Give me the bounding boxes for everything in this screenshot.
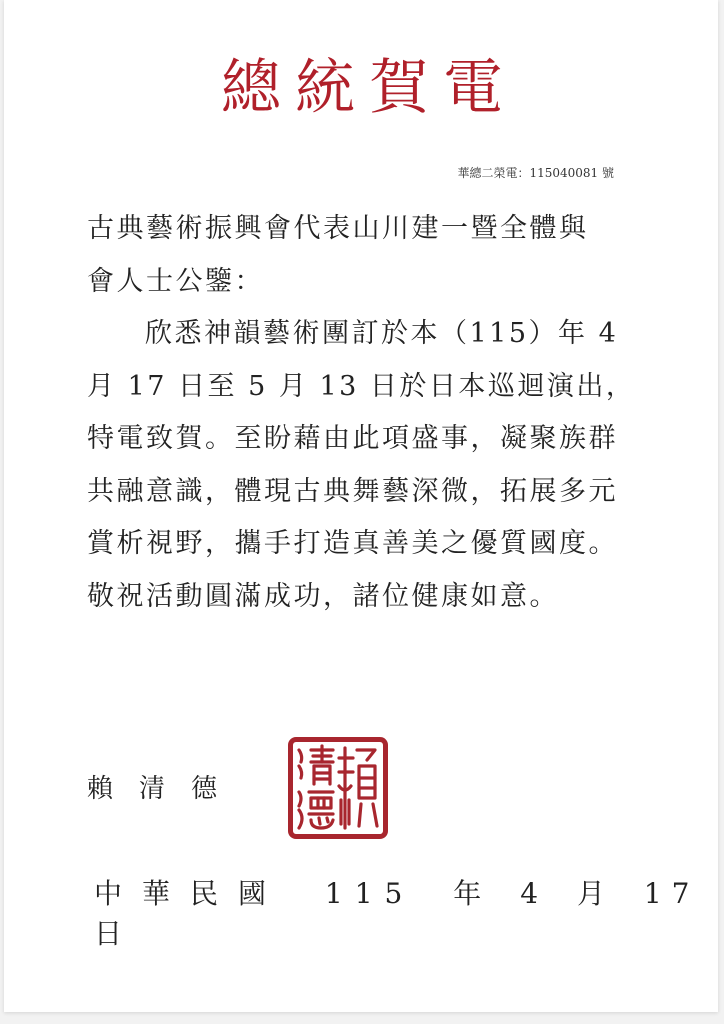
date-year-unit: 年	[453, 877, 481, 910]
body-line-5: 賞析視野，攜手打造真善美之優質國度。	[87, 518, 647, 571]
body-line-1: 欣悉神韻藝術團訂於本（115）年 4	[87, 308, 647, 361]
body-line-3: 特電致賀。至盼藉由此項盛事，凝聚族群	[87, 413, 647, 466]
date-line: 中華民國 115 年 4 月 17 日	[94, 874, 724, 954]
body-line-2: 月 17 日至 5 月 13 日於日本巡迴演出，	[87, 361, 647, 414]
date-day: 17	[644, 877, 700, 910]
date-month: 4	[520, 877, 538, 910]
document-title: 總統賀電	[0, 52, 724, 124]
official-seal-icon	[287, 736, 389, 840]
salutation-line-2: 會人士公鑒：	[87, 256, 647, 309]
date-year: 115	[325, 877, 414, 910]
body-line-6: 敬祝活動圓滿成功，諸位健康如意。	[87, 571, 647, 624]
salutation-line-1: 古典藝術振興會代表山川建一暨全體與	[87, 203, 647, 256]
signer-name: 賴清德	[87, 772, 243, 806]
document-body: 古典藝術振興會代表山川建一暨全體與 會人士公鑒： 欣悉神韻藝術團訂於本（115）…	[87, 203, 647, 623]
date-day-unit: 日	[94, 917, 122, 950]
body-line-4: 共融意識，體現古典舞藝深微，拓展多元	[87, 466, 647, 519]
reference-number: 華總二榮電：115040081 號	[457, 165, 614, 181]
date-era: 中華民國	[94, 877, 286, 910]
date-month-unit: 月	[577, 877, 605, 910]
